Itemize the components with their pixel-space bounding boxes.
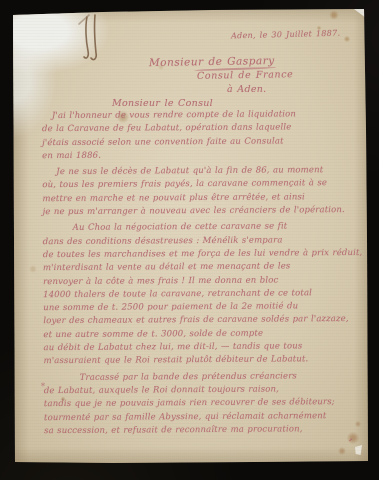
body-line: sa succession, et refusait de reconnaîtr… bbox=[44, 423, 366, 439]
paper-edge-nick bbox=[355, 445, 362, 455]
salutation: Monsieur le Consul bbox=[112, 98, 213, 109]
photo-frame: Aden, le 30 Juillet 1887. Monsieur de Ga… bbox=[0, 0, 379, 480]
body-line: m'assuraient que le Roi restait plutôt d… bbox=[44, 353, 366, 369]
body-line: où, tous les premiers frais payés, la ca… bbox=[42, 177, 364, 193]
recipient-place: à Aden. bbox=[227, 84, 267, 95]
paper-corner-tear bbox=[354, 9, 366, 18]
letter-paper: Aden, le 30 Juillet 1887. Monsieur de Ga… bbox=[13, 9, 368, 463]
paragraph: Je ne sus le décès de Labatut qu'à la fi… bbox=[42, 164, 364, 219]
dateline: Aden, le 30 Juillet 1887. bbox=[231, 29, 341, 41]
body-line: loyer des chameaux et autres frais de ca… bbox=[43, 313, 365, 329]
letter-body: J'ai l'honneur de vous rendre compte de … bbox=[42, 108, 366, 441]
paragraph: Tracassé par la bande des prétendus créa… bbox=[44, 370, 366, 439]
body-line: je ne pus m'arranger à nouveau avec les … bbox=[43, 204, 365, 220]
pencil-scribble bbox=[73, 12, 109, 66]
paragraph: J'ai l'honneur de vous rendre compte de … bbox=[42, 108, 364, 163]
margin-mark: * bbox=[41, 382, 45, 391]
body-line: en mai 1886. bbox=[42, 148, 364, 164]
paragraph: Au Choa la négociation de cette caravane… bbox=[43, 220, 366, 369]
body-line: tourmenté par sa famille Abyssine, qui r… bbox=[44, 409, 366, 425]
body-line: de toutes les marchandises et me força d… bbox=[43, 247, 365, 263]
recipient-title: Consul de France bbox=[197, 69, 294, 82]
